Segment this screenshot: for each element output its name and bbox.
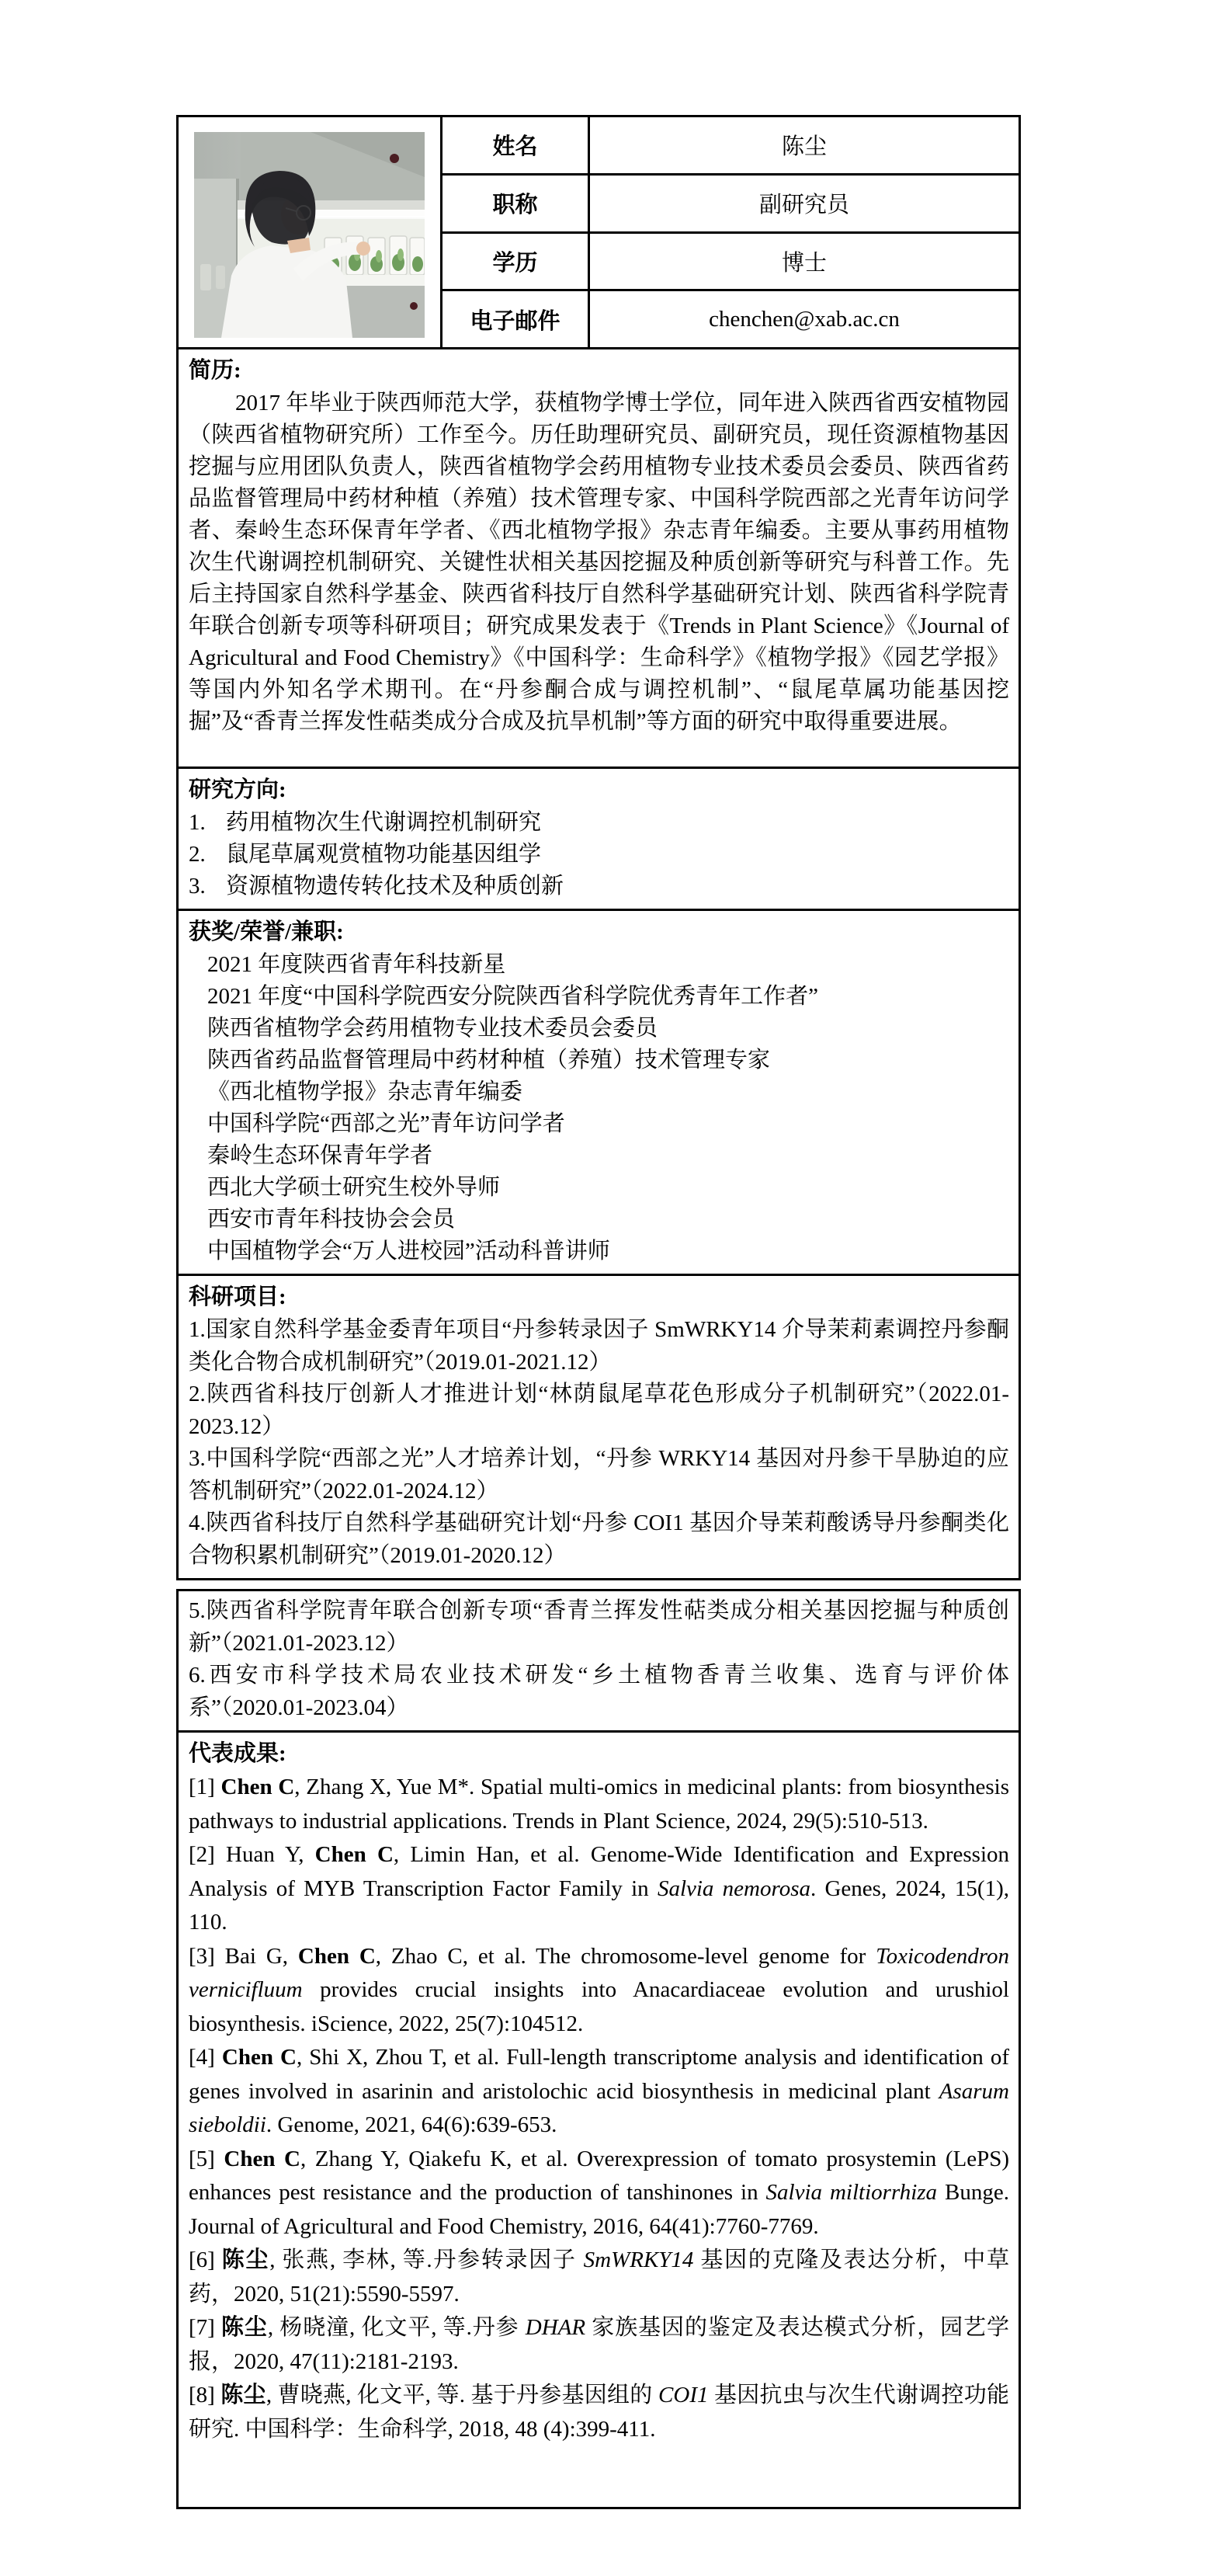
field-value: 副研究员 [590,176,1019,231]
reference-text: provides crucial insights into Anacardia… [189,1977,1009,2036]
field-label: 电子邮件 [442,291,590,347]
page-break-gap [176,1580,1021,1589]
author-highlight: Chen C [222,2045,297,2070]
table-block-1: 姓名陈尘职称副研究员学历博士电子邮件chenchen@xab.ac.cn 简历:… [176,115,1021,1580]
project-item: 3.中国科学院“西部之光”人才培养计划，“丹参 WRKY14 基因对丹参干旱胁迫… [189,1443,1009,1507]
research-direction-item: 1.药用植物次生代谢调控机制研究 [189,807,1009,839]
project-item: 1.国家自然科学基金委青年项目“丹参转录因子 SmWRKY14 介导茉莉素调控丹… [189,1314,1009,1378]
reference-text: , 曹晓燕, 化文平, 等. 基于丹参基因组的 [266,2383,658,2407]
field-label: 职称 [442,176,590,231]
section-bio: 简历: 2017 年毕业于陕西师范大学，获植物学博士学位，同年进入陕西省西安植物… [179,347,1019,767]
author-highlight: 陈尘 [221,2315,268,2340]
reference-item: [7] 陈尘, 杨晓潼, 化文平, 等.丹参 DHAR 家族基因的鉴定及表达模式… [189,2311,1009,2379]
direction-number: 2. [189,839,226,871]
project-item: 6.西安市科学技术局农业技术研发“乡土植物香青兰收集、选育与评价体系”（2020… [189,1660,1009,1724]
reference-text: , 张燕, 李林, 等.丹参转录因子 [269,2247,583,2272]
projects-title: 科研项目: [189,1280,1009,1314]
research-directions-list: 1.药用植物次生代谢调控机制研究2.鼠尾草属观赏植物功能基因组学3.资源植物遗传… [189,807,1009,902]
direction-text: 资源植物遗传转化技术及种质创新 [226,871,1009,902]
honor-item: 陕西省植物学会药用植物专业技术委员会委员 [189,1013,1009,1045]
reference-text: [8] [189,2383,220,2407]
honors-title: 获奖/荣誉/兼职: [189,915,1009,949]
direction-number: 3. [189,871,226,902]
author-highlight: 陈尘 [220,2383,266,2407]
author-highlight: Chen C [221,1775,295,1799]
honor-item: 中国科学院“西部之光”青年访问学者 [189,1108,1009,1140]
section-research-directions: 研究方向: 1.药用植物次生代谢调控机制研究2.鼠尾草属观赏植物功能基因组学3.… [179,767,1019,909]
species-name: SmWRKY14 [584,2247,694,2272]
profile-document: 姓名陈尘职称副研究员学历博士电子邮件chenchen@xab.ac.cn 简历:… [176,115,1021,2509]
reference-text: [6] [189,2247,222,2272]
references-list: [1] Chen C, Zhang X, Yue M*. Spatial mul… [189,1771,1009,2446]
field-label: 学历 [442,234,590,290]
species-name: Salvia miltiorrhiza [766,2180,938,2205]
project-item: 2.陕西省科技厅创新人才推进计划“林荫鼠尾草花色形成分子机制研究”（2022.0… [189,1378,1009,1443]
honor-item: 《西北植物学报》杂志青年编委 [189,1076,1009,1108]
photo-cell [179,117,442,347]
research-directions-title: 研究方向: [189,773,1009,807]
profile-fields: 姓名陈尘职称副研究员学历博士电子邮件chenchen@xab.ac.cn [442,117,1019,347]
reference-text: , 杨晓潼, 化文平, 等.丹参 [268,2315,526,2340]
achievements-title: 代表成果: [189,1736,1009,1771]
honor-item: 2021 年度“中国科学院西安分院陕西省科学院优秀青年工作者” [189,981,1009,1013]
project-item: 4.陕西省科技厅自然科学基础研究计划“丹参 COI1 基因介导茉莉酸诱导丹参酮类… [189,1507,1009,1572]
direction-text: 药用植物次生代谢调控机制研究 [226,807,1009,839]
author-highlight: 陈尘 [222,2247,269,2272]
reference-text: [1] [189,1775,221,1799]
honor-item: 西北大学硕士研究生校外导师 [189,1172,1009,1204]
reference-text: [3] Bai G, [189,1944,298,1969]
direction-text: 鼠尾草属观赏植物功能基因组学 [226,839,1009,871]
honor-item: 秦岭生态环保青年学者 [189,1140,1009,1172]
field-label: 姓名 [442,117,590,173]
author-highlight: Chen C [224,2147,300,2171]
reference-item: [5] Chen C, Zhang Y, Qiakefu K, et al. O… [189,2143,1009,2244]
reference-item: [3] Bai G, Chen C, Zhao C, et al. The ch… [189,1940,1009,2042]
section-honors: 获奖/荣誉/兼职: 2021 年度陕西省青年科技新星2021 年度“中国科学院西… [179,909,1019,1274]
profile-field-row: 学历博士 [442,234,1019,292]
research-direction-item: 3.资源植物遗传转化技术及种质创新 [189,871,1009,902]
reference-text: . Genome, 2021, 64(6):639-653. [266,2112,557,2137]
species-name: COI1 [658,2383,708,2407]
honor-item: 中国植物学会“万人进校园”活动科普讲师 [189,1236,1009,1267]
reference-item: [2] Huan Y, Chen C, Limin Han, et al. Ge… [189,1838,1009,1940]
reference-text: , Shi X, Zhou T, et al. Full-length tran… [189,2045,1009,2104]
profile-field-row: 姓名陈尘 [442,117,1019,176]
bio-paragraph: 2017 年毕业于陕西师范大学，获植物学博士学位，同年进入陕西省西安植物园（陕西… [189,388,1009,738]
direction-number: 1. [189,807,226,839]
section-projects-part1: 科研项目: 1.国家自然科学基金委青年项目“丹参转录因子 SmWRKY14 介导… [179,1274,1019,1578]
reference-text: , Zhang X, Yue M*. Spatial multi-omics i… [189,1775,1009,1834]
species-name: DHAR [526,2315,585,2340]
profile-field-row: 职称副研究员 [442,176,1019,234]
projects-list-part2: 5.陕西省科学院青年联合创新专项“香青兰挥发性萜类成分相关基因挖掘与种质创新”（… [189,1595,1009,1724]
profile-photo [194,132,425,338]
profile-header-row: 姓名陈尘职称副研究员学历博士电子邮件chenchen@xab.ac.cn [179,117,1019,347]
reference-text: [2] Huan Y, [189,1842,315,1867]
reference-text: [5] [189,2147,224,2171]
author-highlight: Chen C [315,1842,394,1867]
field-value: 陈尘 [590,117,1019,173]
reference-text: [4] [189,2045,222,2070]
lab-photo-illustration [194,132,425,338]
honor-item: 西安市青年科技协会会员 [189,1204,1009,1236]
species-name: Salvia nemorosa [658,1876,810,1901]
reference-item: [4] Chen C, Shi X, Zhou T, et al. Full-l… [189,2041,1009,2143]
field-value: chenchen@xab.ac.cn [590,291,1019,347]
reference-item: [1] Chen C, Zhang X, Yue M*. Spatial mul… [189,1771,1009,1838]
profile-field-row: 电子邮件chenchen@xab.ac.cn [442,291,1019,347]
honors-list: 2021 年度陕西省青年科技新星2021 年度“中国科学院西安分院陕西省科学院优… [189,949,1009,1267]
table-block-2: 5.陕西省科学院青年联合创新专项“香青兰挥发性萜类成分相关基因挖掘与种质创新”（… [176,1589,1021,2509]
reference-item: [8] 陈尘, 曹晓燕, 化文平, 等. 基于丹参基因组的 COI1 基因抗虫与… [189,2379,1009,2446]
honor-item: 2021 年度陕西省青年科技新星 [189,949,1009,981]
honor-item: 陕西省药品监督管理局中药材种植（养殖）技术管理专家 [189,1045,1009,1076]
section-achievements: 代表成果: [1] Chen C, Zhang X, Yue M*. Spati… [179,1730,1019,2507]
section-projects-part2: 5.陕西省科学院青年联合创新专项“香青兰挥发性萜类成分相关基因挖掘与种质创新”（… [179,1591,1019,1730]
project-item: 5.陕西省科学院青年联合创新专项“香青兰挥发性萜类成分相关基因挖掘与种质创新”（… [189,1595,1009,1660]
bio-title: 简历: [189,353,1009,388]
reference-text: , Zhao C, et al. The chromosome-level ge… [376,1944,876,1969]
reference-text: [7] [189,2315,221,2340]
research-direction-item: 2.鼠尾草属观赏植物功能基因组学 [189,839,1009,871]
field-value: 博士 [590,234,1019,290]
author-highlight: Chen C [298,1944,376,1969]
reference-item: [6] 陈尘, 张燕, 李林, 等.丹参转录因子 SmWRKY14 基因的克隆及… [189,2244,1009,2311]
projects-list-part1: 1.国家自然科学基金委青年项目“丹参转录因子 SmWRKY14 介导茉莉素调控丹… [189,1314,1009,1572]
